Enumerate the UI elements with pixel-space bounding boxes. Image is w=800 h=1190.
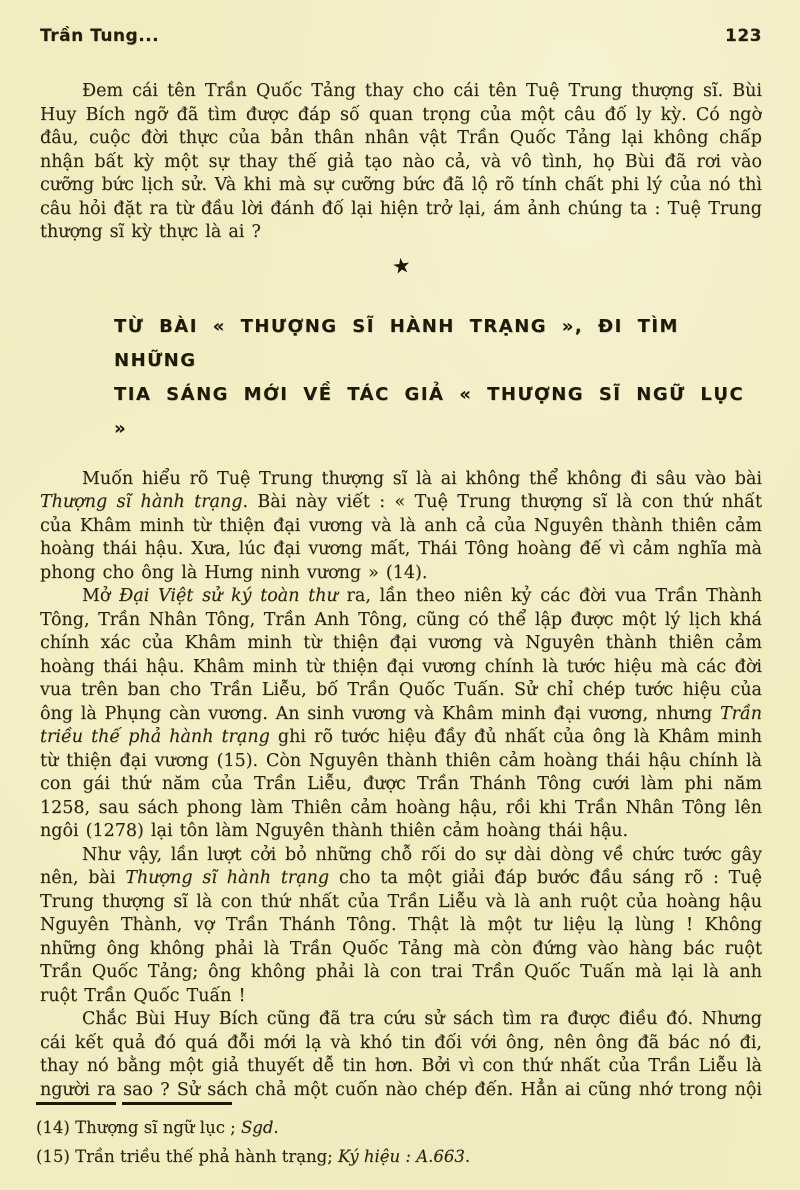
- star-divider-icon: ★: [390, 252, 412, 278]
- footnote-rule: [36, 1102, 762, 1105]
- paragraph: Chắc Bùi Huy Bích cũng đã tra cứu sử sác…: [40, 1008, 762, 1100]
- section-heading-line-1: TỪ BÀI « THƯỢNG SĨ HÀNH TRẠNG », ĐI TÌM …: [114, 310, 762, 378]
- page-body: Trần Tung... 123 Đem cái tên Trần Quốc T…: [40, 0, 762, 1100]
- footnote: (15) Trần triều thế phả hành trạng; Ký h…: [36, 1142, 762, 1171]
- book-page: Trần Tung... 123 Đem cái tên Trần Quốc T…: [0, 0, 800, 1190]
- paragraph-intro: Đem cái tên Trần Quốc Tảng thay cho cái …: [40, 80, 762, 245]
- footnotes: (14) Thượng sĩ ngữ lục ; Sgd. (15) Trần …: [36, 1102, 762, 1171]
- paragraph: Mở Đại Việt sử ký toàn thư ra, lần theo …: [40, 585, 762, 844]
- footnote: (14) Thượng sĩ ngữ lục ; Sgd.: [36, 1113, 762, 1142]
- section-heading: TỪ BÀI « THƯỢNG SĨ HÀNH TRẠNG », ĐI TÌM …: [114, 310, 762, 446]
- section-divider: ★: [40, 254, 762, 280]
- running-head: Trần Tung... 123: [40, 0, 762, 46]
- page-number: 123: [725, 26, 762, 46]
- paragraph: Như vậy, lần lượt cởi bỏ những chỗ rối d…: [40, 844, 762, 1009]
- section-heading-line-2: TIA SÁNG MỚI VỀ TÁC GIẢ « THƯỢNG SĨ NGỮ …: [114, 378, 762, 446]
- paragraph: Muốn hiểu rõ Tuệ Trung thượng sĩ là ai k…: [40, 468, 762, 586]
- running-title: Trần Tung...: [40, 26, 159, 46]
